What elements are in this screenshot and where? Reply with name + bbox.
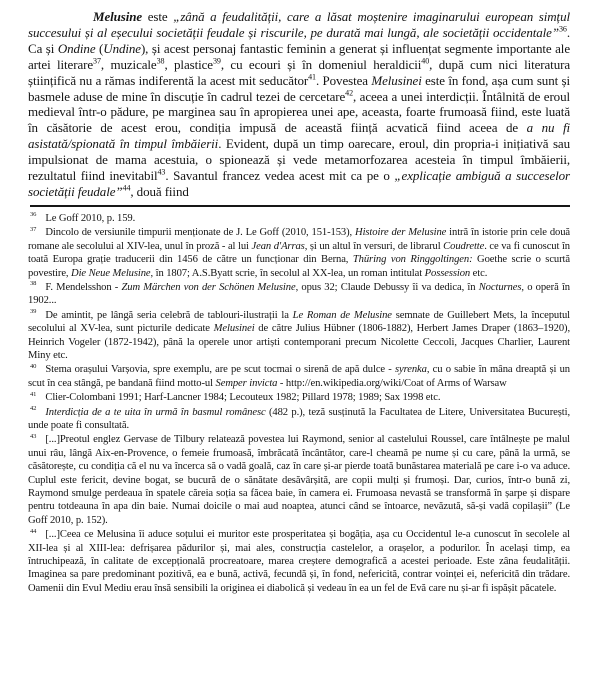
- footnote-number: 39: [30, 308, 36, 315]
- footnote-ref: 36: [559, 25, 567, 34]
- text-run: Die Neue Melusine: [71, 268, 151, 279]
- footnote-number: 43: [30, 433, 36, 440]
- text-run: Stema orașului Varșovia, spre exemplu, a…: [45, 364, 395, 375]
- text-run: Semper invicta: [216, 378, 278, 389]
- footnote: 36Le Goff 2010, p. 159.: [28, 212, 570, 225]
- footnote-number: 37: [30, 226, 36, 233]
- text-run: Le Goff 2010, p. 159.: [45, 213, 135, 224]
- text-run: . Savantul francez vedea acest mit ca pe…: [165, 168, 394, 183]
- text-run: , două fiind: [130, 184, 188, 199]
- text-run: Melusinei: [214, 323, 255, 334]
- main-paragraph: Melusine este „zână a feudalității, care…: [28, 9, 570, 200]
- text-run: Ondine: [58, 41, 96, 56]
- footnote: 44[...]Ceea ce Melusina îi aduce soțului…: [28, 528, 570, 595]
- footnote-number: 41: [30, 391, 36, 398]
- footnote-ref: 41: [308, 72, 316, 81]
- footnote: 40Stema orașului Varșovia, spre exemplu,…: [28, 363, 570, 390]
- footnote-number: 44: [30, 528, 36, 535]
- footnote-ref: 42: [345, 88, 353, 97]
- footnote-number: 42: [30, 405, 36, 412]
- text-run: Possession: [425, 268, 471, 279]
- text-run: , cu ecouri și în domeniul heraldicii: [221, 57, 421, 72]
- text-run: syrenka: [395, 364, 427, 375]
- text-run: Dincolo de versiunile timpurii menționat…: [45, 227, 355, 238]
- text-run: , plastice: [164, 57, 213, 72]
- document-page: Melusine este „zână a feudalității, care…: [0, 0, 595, 675]
- footnote-number: 38: [30, 280, 36, 287]
- footnote: 43[...]Preotul englez Gervase de Tilbury…: [28, 433, 570, 527]
- footnote: 41Clier-Colombani 1991; Harf-Lancner 198…: [28, 391, 570, 404]
- text-run: [...]Ceea ce Melusina îi aduce soțului e…: [28, 529, 570, 594]
- text-run: . Povestea: [316, 73, 371, 88]
- footnote: 39De amintit, pe lângă seria celebră de …: [28, 309, 570, 363]
- footnote-ref: 39: [213, 56, 221, 65]
- footnote: 38F. Mendelsshon - Zum Märchen von der S…: [28, 281, 570, 308]
- text-run: - http://en.wikipedia.org/wiki/Coat of A…: [277, 378, 506, 389]
- text-run: Coudrette: [443, 241, 484, 252]
- text-run: Nocturnes: [479, 282, 522, 293]
- footnote: 42Interdicția de a te uita în urmă în ba…: [28, 406, 570, 433]
- text-run: , și un altul în versuri, de librarul: [305, 241, 443, 252]
- text-run: Histoire der Melusine: [355, 227, 446, 238]
- footnote-number: 36: [30, 211, 36, 218]
- text-run: Clier-Colombani 1991; Harf-Lancner 1984;…: [45, 392, 440, 403]
- text-run: Thüring von Ringgoltingen:: [353, 254, 473, 265]
- footnote: 37Dincolo de versiunile timpurii mențion…: [28, 226, 570, 280]
- footnote-number: 40: [30, 363, 36, 370]
- text-run: , opus 32; Claude Debussy îi va dedica, …: [296, 282, 479, 293]
- text-run: Le Roman de Melusine: [293, 310, 392, 321]
- text-run: F. Mendelsshon -: [45, 282, 121, 293]
- text-run: Zum Märchen von der Schönen Melusine: [122, 282, 296, 293]
- text-run: De amintit, pe lângă seria celebră de ta…: [45, 310, 292, 321]
- footnote-ref: 37: [93, 56, 101, 65]
- text-run: Undine: [103, 41, 141, 56]
- text-run: , muzicale: [101, 57, 157, 72]
- text-run: Melusine: [93, 9, 142, 24]
- text-run: [...]Preotul englez Gervase de Tilbury r…: [28, 434, 570, 525]
- text-run: este: [142, 9, 173, 24]
- text-run: Jean d'Arras: [252, 241, 305, 252]
- text-run: Melusinei: [371, 73, 421, 88]
- footnote-ref: 40: [421, 56, 429, 65]
- footnotes-section: 36Le Goff 2010, p. 159.37Dincolo de vers…: [28, 212, 570, 595]
- text-run: , în 1807; A.S.Byatt scrie, în secolul a…: [151, 268, 425, 279]
- text-run: etc.: [470, 268, 487, 279]
- footnote-separator: [30, 205, 570, 207]
- text-run: Interdicția de a te uita în urmă în basm…: [45, 407, 265, 418]
